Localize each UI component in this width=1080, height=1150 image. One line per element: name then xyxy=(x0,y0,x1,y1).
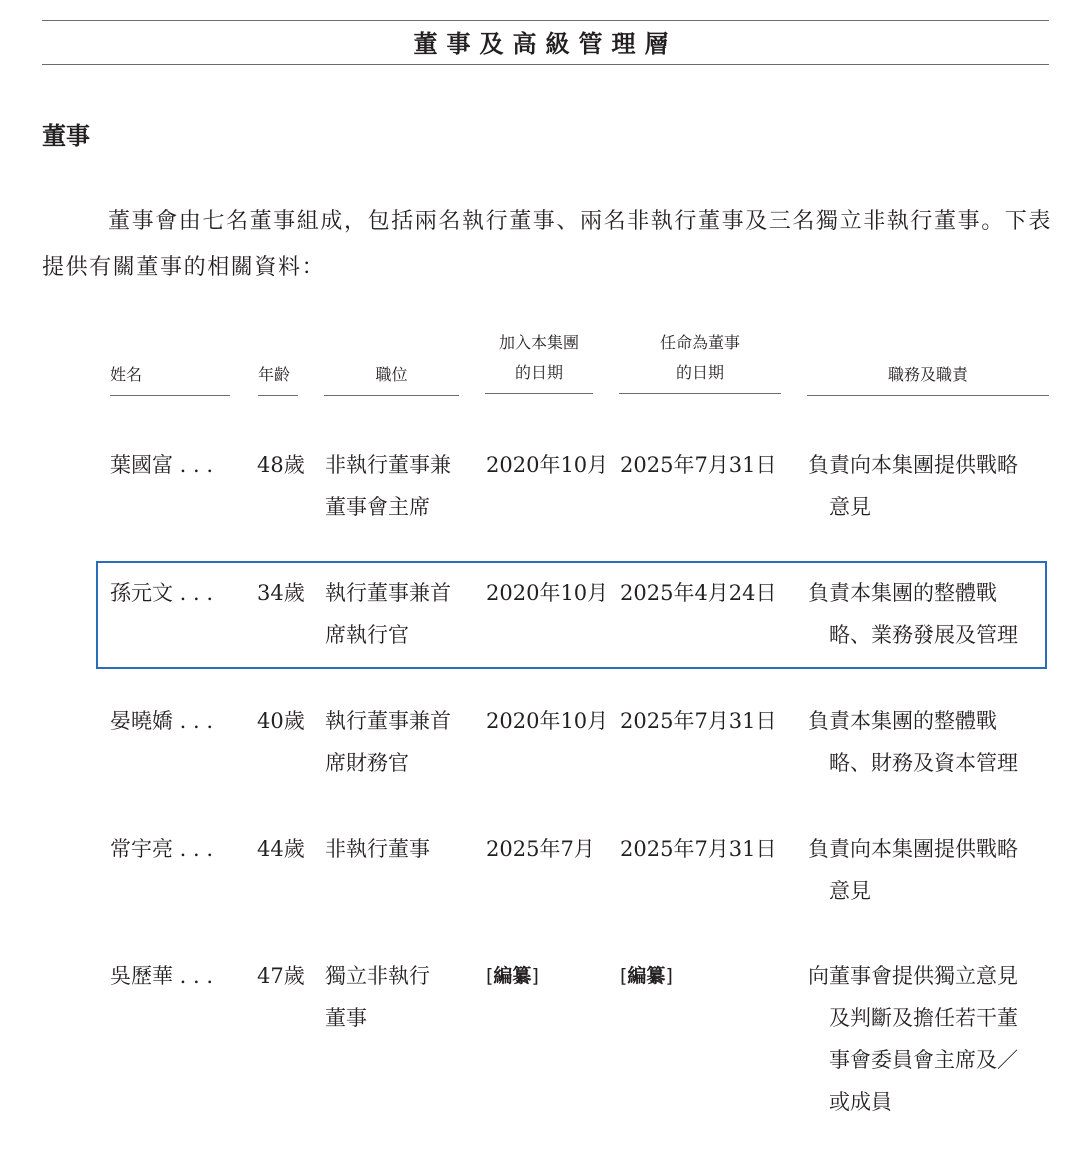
col-header-responsibilities: 職務及職責 xyxy=(807,360,1049,390)
director-name: 晏曉嬌 . . . xyxy=(110,700,213,742)
director-responsibilities: 向董事會提供獨立意見 及判斷及擔任若干董 事會委員會主席及／ 或成員 xyxy=(808,955,1058,1123)
director-name: 吳歷華 . . . xyxy=(110,955,213,997)
director-name: 常宇亮 . . . xyxy=(110,828,213,870)
join-date-redacted: [編纂] xyxy=(486,955,539,997)
director-position: 獨立非執行 董事 xyxy=(325,955,430,1039)
section-heading: 董事 xyxy=(42,118,90,154)
director-position: 非執行董事兼 董事會主席 xyxy=(325,444,451,528)
director-responsibilities: 負責本集團的整體戰 略、財務及資本管理 xyxy=(808,700,1058,784)
join-date: 2020年10月 xyxy=(486,700,608,742)
col-underline xyxy=(258,395,298,396)
col-underline xyxy=(807,395,1049,396)
join-date: 2025年7月 xyxy=(486,828,595,870)
director-age: 47歲 xyxy=(257,955,305,997)
appoint-date-redacted: [編纂] xyxy=(620,955,673,997)
director-age: 48歲 xyxy=(257,444,305,486)
join-date: 2020年10月 xyxy=(486,444,608,486)
col-header-age: 年齡 xyxy=(258,360,298,390)
col-header-name: 姓名 xyxy=(110,360,230,390)
director-age: 34歲 xyxy=(257,572,305,614)
col-header-appoint-date: 任命為董事 的日期 xyxy=(619,328,781,388)
director-position: 執行董事兼首 席財務官 xyxy=(325,700,451,784)
col-header-join-date: 加入本集團 的日期 xyxy=(485,328,593,388)
header-bottom-rule xyxy=(42,64,1049,65)
col-header-position: 職位 xyxy=(324,360,459,390)
appoint-date: 2025年7月31日 xyxy=(620,700,777,742)
join-date: 2020年10月 xyxy=(486,572,608,614)
director-responsibilities: 負責本集團的整體戰 略、業務發展及管理 xyxy=(808,572,1058,656)
appoint-date: 2025年7月31日 xyxy=(620,444,777,486)
director-age: 40歲 xyxy=(257,700,305,742)
col-underline xyxy=(619,393,781,394)
appoint-date: 2025年4月24日 xyxy=(620,572,777,614)
col-underline xyxy=(485,393,593,394)
page-title: 董事及高級管理層 xyxy=(42,24,1049,64)
header-top-rule xyxy=(42,20,1049,21)
col-underline xyxy=(110,395,230,396)
director-age: 44歲 xyxy=(257,828,305,870)
director-responsibilities: 負責向本集團提供戰略 意見 xyxy=(808,444,1058,528)
director-position: 執行董事兼首 席執行官 xyxy=(325,572,451,656)
director-responsibilities: 負責向本集團提供戰略 意見 xyxy=(808,828,1058,912)
director-name: 孫元文 . . . xyxy=(110,572,213,614)
director-name: 葉國富 . . . xyxy=(110,444,213,486)
appoint-date: 2025年7月31日 xyxy=(620,828,777,870)
col-underline xyxy=(324,395,459,396)
intro-paragraph: 董事會由七名董事組成，包括兩名執行董事、兩名非執行董事及三名獨立非執行董事。下表… xyxy=(42,199,1054,291)
director-position: 非執行董事 xyxy=(325,828,430,870)
